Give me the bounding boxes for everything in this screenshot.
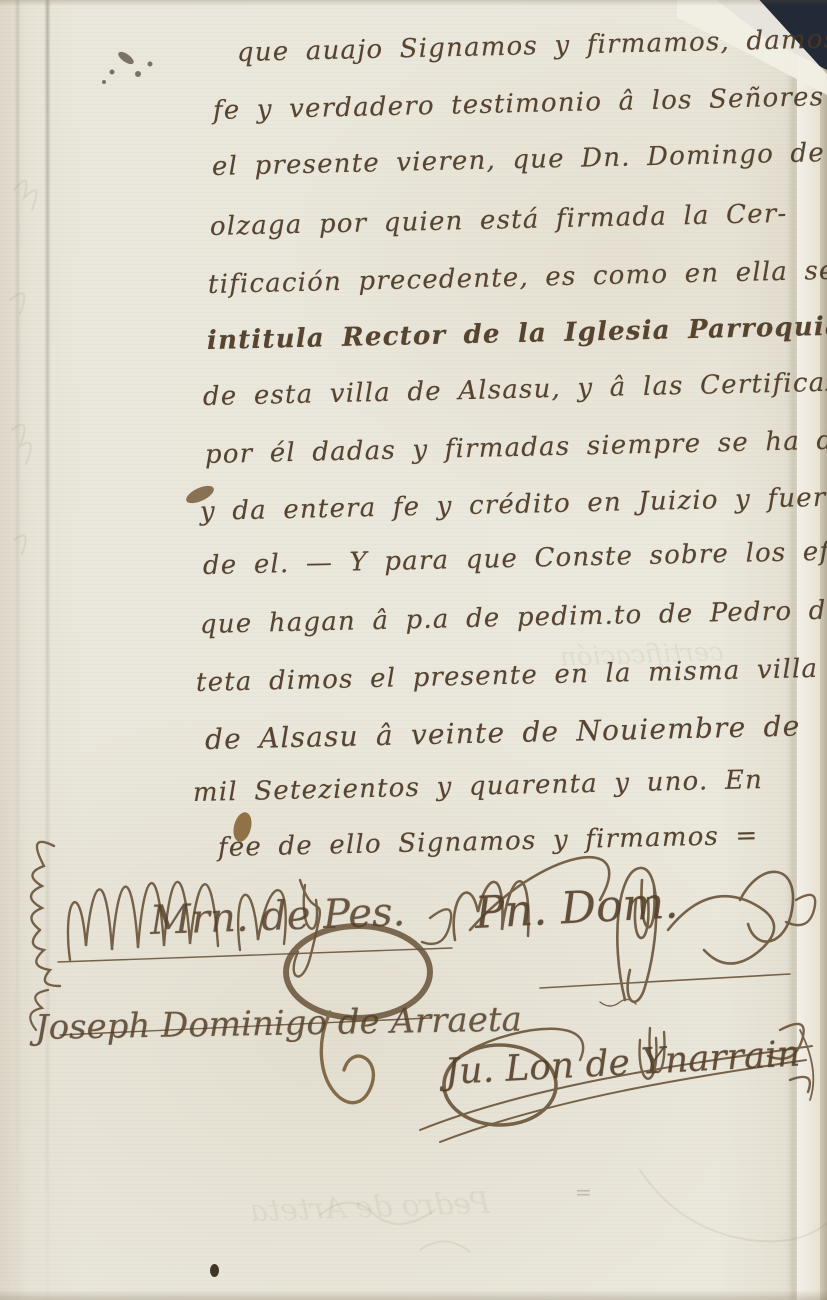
- manuscript-line: olzaga por quien está firmada la Cer-: [210, 199, 788, 242]
- page-edge-under: [820, 0, 827, 1300]
- ink-dot: [210, 1264, 219, 1277]
- bottom-edge-shade: [0, 1290, 827, 1300]
- manuscript-line: fee de ello Signamos y firmamos =: [218, 821, 759, 863]
- ink-smudge-icon: [102, 50, 153, 84]
- signature-4-text: Ju. Lon de Ynarrain: [444, 1033, 801, 1093]
- manuscript-scan: Pedro de Arteta certificación que auajo …: [0, 0, 827, 1300]
- manuscript-line: por él dadas y firmadas siempre se ha da…: [205, 425, 827, 470]
- page-edge-curl: [797, 0, 821, 1300]
- manuscript-line: que auajo Signamos y firmamos, damos: [237, 24, 827, 68]
- showthrough-text: Pedro de Arteta: [249, 1186, 490, 1229]
- binding-crease-outer: [16, 0, 19, 1300]
- top-edge-shade: [0, 0, 827, 6]
- manuscript-line: de Alsasu â veinte de Nouiembre de: [205, 709, 801, 756]
- manuscript-line: tificación precedente, es como en ella s…: [208, 256, 827, 300]
- manuscript-line: fe y verdadero testimonio â los Señores …: [213, 81, 827, 126]
- manuscript-line: de esta villa de Alsasu, y â las Certifi…: [203, 367, 827, 412]
- signature-3-text: Joseph Dominigo de Arraeta: [35, 1000, 522, 1048]
- signature-1-text: Mrn. de Pes.: [149, 889, 406, 944]
- signature-2-text: Pn. Dom.: [474, 877, 680, 939]
- equals-mark: =: [575, 1180, 592, 1204]
- manuscript-line: el presente vieren, que Dn. Domingo de: [212, 138, 826, 182]
- manuscript-line: de el. — Y para que Conste sobre los efe…: [203, 535, 827, 581]
- manuscript-line: mil Setezientos y quarenta y uno. En: [193, 765, 764, 808]
- binding-crease: [46, 0, 49, 1300]
- manuscript-line: que hagan â p.a de pedim.to de Pedro de …: [200, 594, 827, 640]
- manuscript-line: y da entera fe y crédito en Juizio y fue…: [200, 482, 827, 527]
- manuscript-line: intitula Rector de la Iglesia Parroquial: [207, 311, 827, 356]
- manuscript-line: teta dimos el presente en la misma villa: [196, 654, 819, 698]
